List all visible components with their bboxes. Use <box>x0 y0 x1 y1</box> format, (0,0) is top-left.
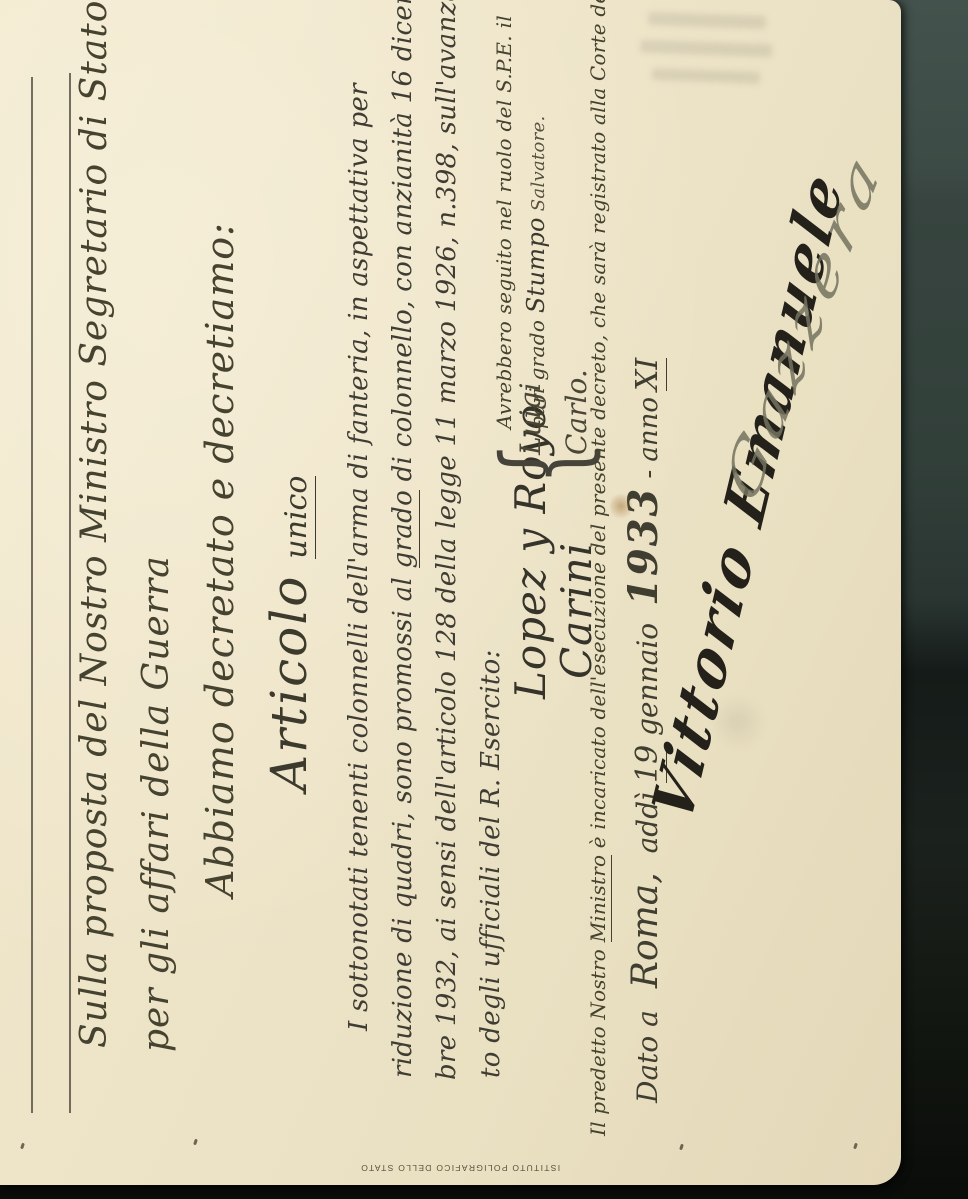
rotated-writing-surface: Sulla proposta del Nostro Ministro Segre… <box>0 0 901 1185</box>
margin-note-given-name: Salvatore. <box>528 115 549 217</box>
margin-note-line-2-pre: pari grado <box>525 313 549 429</box>
enacting-formula: Abbiamo decretato e decretiamo: <box>198 222 242 897</box>
margin-note-line-1: Avrebbero seguito nel ruolo del S.P.E. i… <box>492 15 516 429</box>
body-line-4: to degli ufficiali del R. Esercito: <box>476 649 506 1078</box>
article-qualifier: unico <box>279 476 316 559</box>
printer-imprint: ISTITUTO POLIGRAFICO DELLO STATO <box>348 1163 572 1173</box>
body-line-3: bre 1932, ai sensi dell'articolo 128 del… <box>432 0 462 1080</box>
article-title: Articolo <box>260 575 318 791</box>
execution-underlined: Ministro <box>586 855 612 943</box>
dateline-era-label: - anno <box>634 397 664 479</box>
margin-note-line-2: pari grado Stumpo Salvatore. <box>522 115 550 429</box>
execution-pre: Il predetto Nostro <box>586 942 610 1136</box>
names-brace: { <box>488 442 600 485</box>
dateline-prefix: Dato a <box>631 1010 664 1103</box>
header-rule-2 <box>69 73 71 1113</box>
dateline-year: 1933 <box>620 487 667 606</box>
body-line-2-underlined: grado <box>388 490 420 568</box>
body-line-2-post: di colonnello, con anzianità 16 dicem- <box>388 0 418 490</box>
body-line-1: I sottonotati tenenti colonnelli dell'ar… <box>344 83 374 1031</box>
article-heading: Articolounico <box>260 476 318 791</box>
header-rule-1 <box>31 77 33 1113</box>
dateline-place: Roma, <box>625 872 666 988</box>
scanner-background-bottom <box>0 1183 968 1199</box>
dateline-era-numeral: XI <box>630 358 667 391</box>
decree-page: Sulla proposta del Nostro Ministro Segre… <box>0 0 901 1185</box>
body-line-2-pre: riduzione di quadri, sono promossi al <box>388 568 418 1078</box>
body-line-2: riduzione di quadri, sono promossi al gr… <box>388 0 418 1078</box>
preamble-line-2: per gli affari della Guerra <box>136 555 177 1052</box>
execution-post: è incaricato dell'esecuzione del present… <box>586 0 610 855</box>
preamble-line-1: Sulla proposta del Nostro Ministro Segre… <box>74 0 115 1048</box>
margin-note-surname: Stumpo <box>522 217 550 313</box>
execution-clause: Il predetto Nostro Ministro è incaricato… <box>586 0 610 1136</box>
